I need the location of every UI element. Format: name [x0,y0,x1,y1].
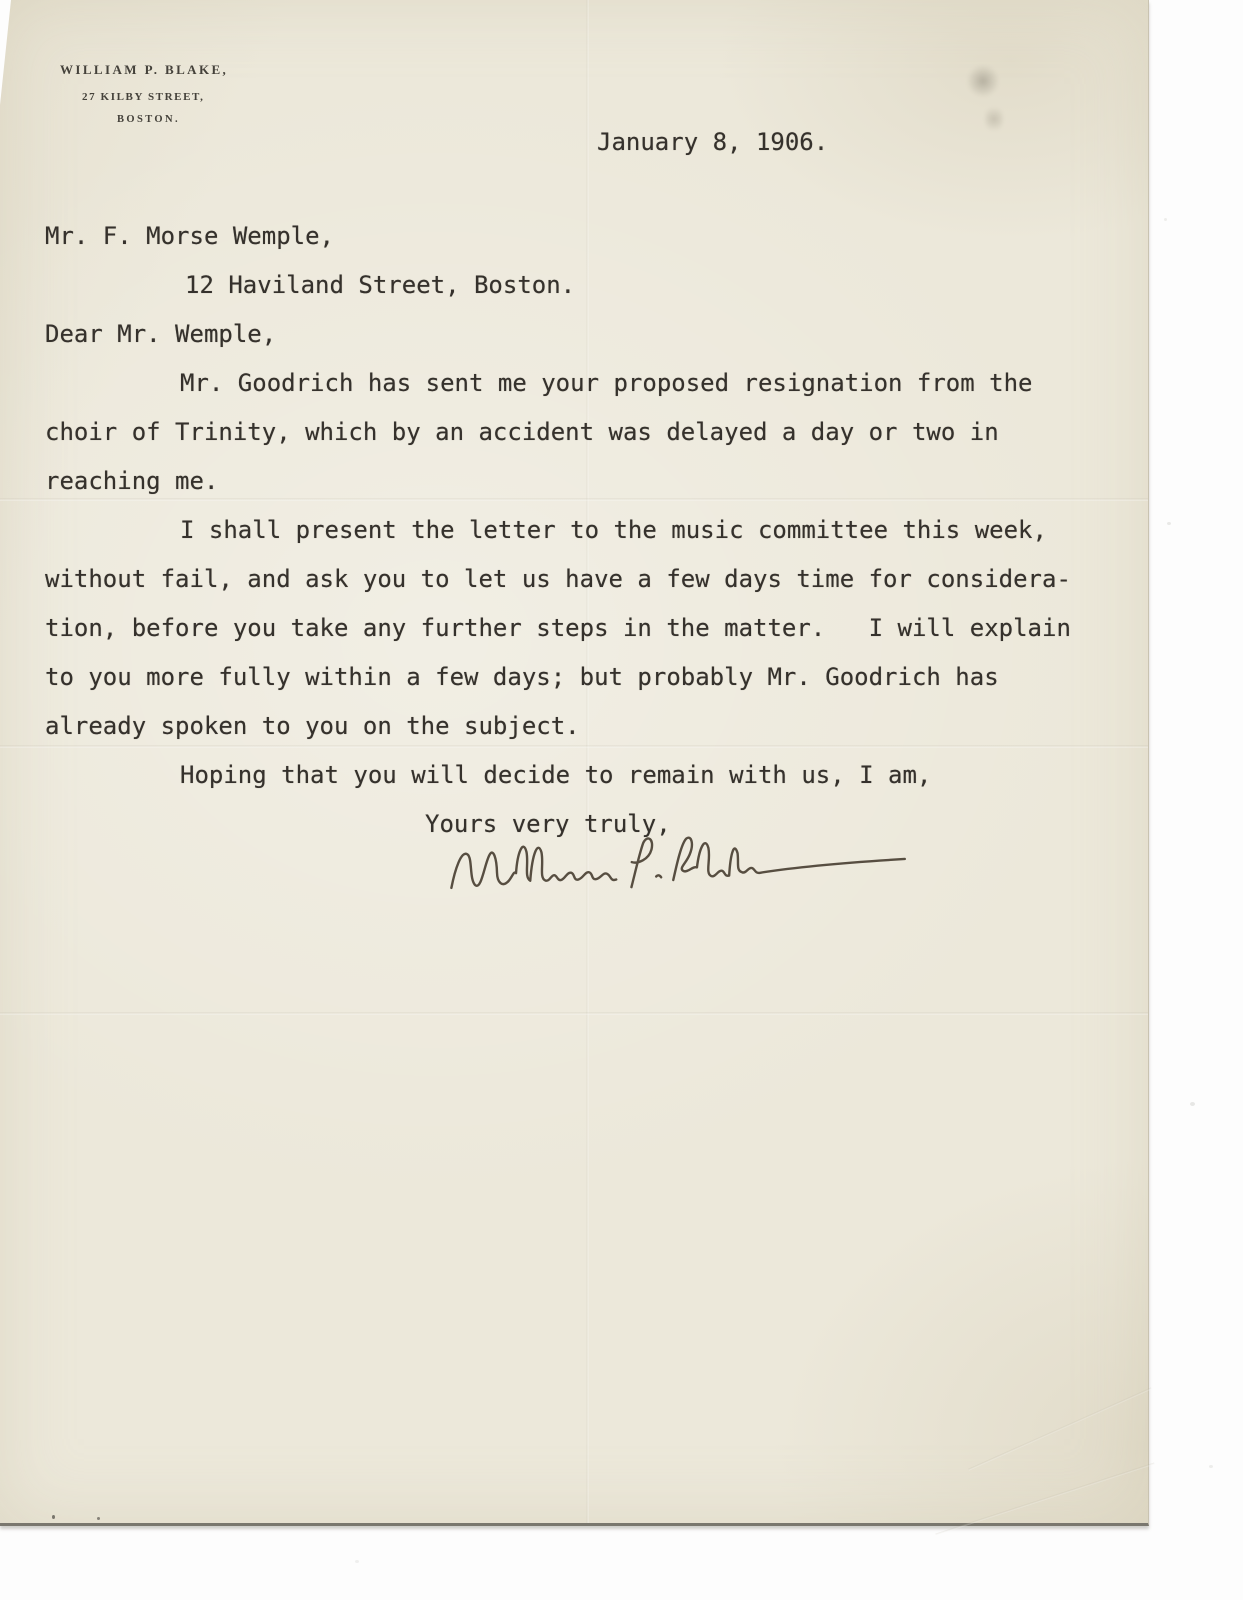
body-line: I shall present the letter to the music … [45,506,1135,555]
closing-line: Hoping that you will decide to remain wi… [45,751,1135,800]
edge-speck [97,1517,100,1520]
scan-speck [1164,218,1167,221]
corner-crease [968,1387,1152,1470]
body-line: to you more fully within a few days; but… [45,653,1135,702]
body-line: choir of Trinity, which by an accident w… [45,408,1135,457]
letterhead-name: WILLIAM P. BLAKE, [60,62,228,78]
scan-speck [1190,1102,1195,1106]
scan-speck [355,1560,359,1563]
signature-ink-strokes [434,822,916,915]
scan-speck [1209,1465,1213,1468]
corner-cut [0,0,11,105]
edge-speck [52,1515,55,1519]
smudge-mark [966,64,1000,98]
body-line: reaching me. [45,457,1135,506]
date-line: January 8, 1906. [597,122,828,162]
letterhead-city: BOSTON. [117,114,180,125]
letter-body: Mr. F. Morse Wemple, 12 Haviland Street,… [45,212,1135,849]
letterhead-street: 27 KILBY STREET, [82,91,205,103]
smudge-mark [985,104,1003,134]
scan-speck [1167,522,1171,525]
fold-crease [0,1012,1148,1015]
recipient-name-line: Mr. F. Morse Wemple, [45,212,1135,261]
signature-script [434,822,916,919]
salutation-line: Dear Mr. Wemple, [45,310,1135,359]
body-line: without fail, and ask you to let us have… [45,555,1135,604]
letter-page: WILLIAM P. BLAKE, 27 KILBY STREET, BOSTO… [0,0,1149,1526]
recipient-address-line: 12 Haviland Street, Boston. [45,261,1135,310]
body-line: Mr. Goodrich has sent me your proposed r… [45,359,1135,408]
corner-crease [935,1463,1154,1536]
scan-background: { "scan": { "letterhead": { "name": "WIL… [0,0,1243,1600]
body-line: already spoken to you on the subject. [45,702,1135,751]
body-line: tion, before you take any further steps … [45,604,1135,653]
